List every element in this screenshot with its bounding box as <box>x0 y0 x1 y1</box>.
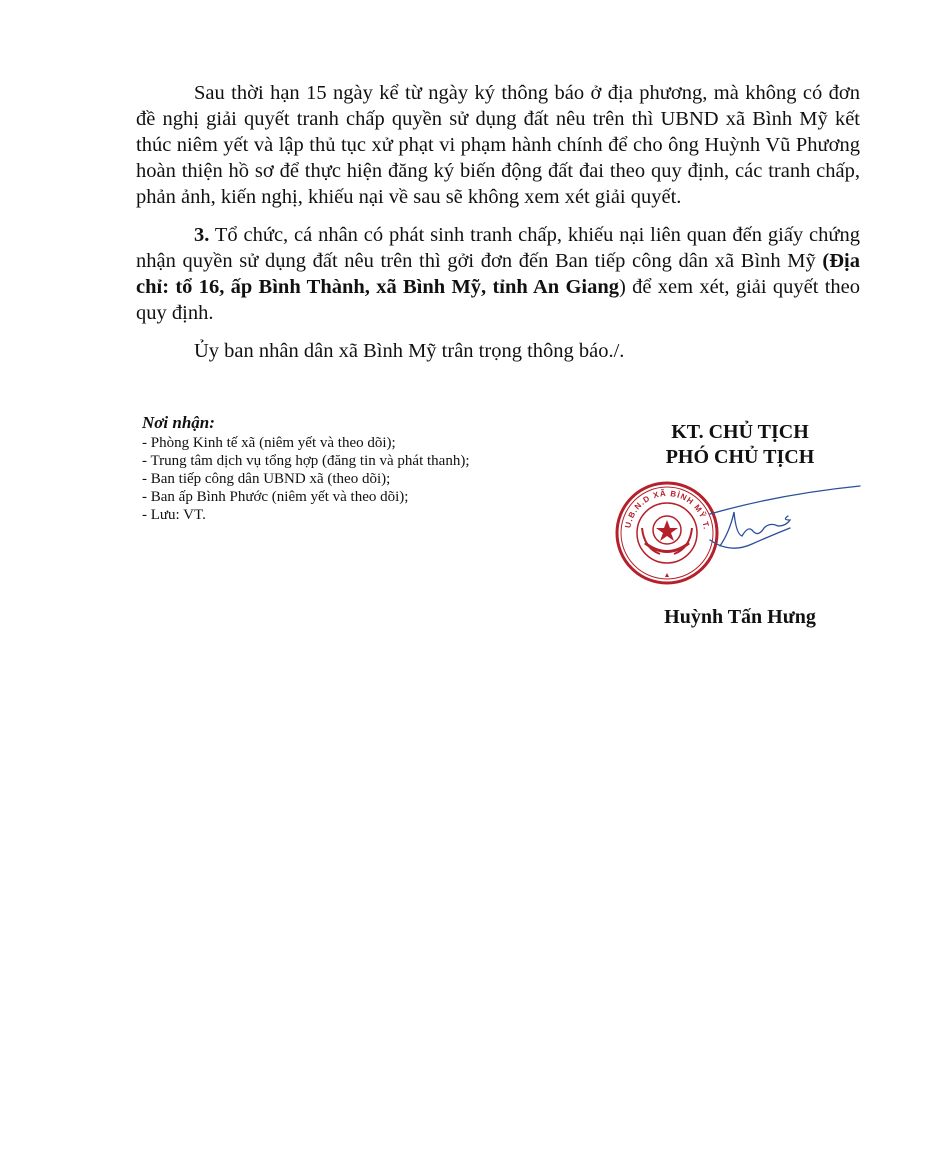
recipient-item: - Ban ấp Bình Phước (niêm yết và theo dõ… <box>142 488 562 506</box>
document-body: Sau thời hạn 15 ngày kể từ ngày ký thông… <box>136 80 860 364</box>
signer-title: PHÓ CHỦ TỊCH <box>620 445 860 470</box>
recipient-item: - Ban tiếp công dân UBND xã (theo dõi); <box>142 470 562 488</box>
paragraph-deadline: Sau thời hạn 15 ngày kể từ ngày ký thông… <box>136 80 860 210</box>
signature-block: KT. CHỦ TỊCH PHÓ CHỦ TỊCH U.B.N.D XÃ BÌN… <box>620 420 860 629</box>
recipient-item: - Phòng Kinh tế xã (niêm yết và theo dõi… <box>142 434 562 452</box>
closing-line: Ủy ban nhân dân xã Bình Mỹ trân trọng th… <box>136 338 860 364</box>
paragraph-complaints: 3. Tổ chức, cá nhân có phát sinh tranh c… <box>136 222 860 326</box>
signer-name: Huỳnh Tấn Hưng <box>620 606 860 629</box>
signer-authority: KT. CHỦ TỊCH <box>620 420 860 445</box>
recipient-item: - Lưu: VT. <box>142 506 562 524</box>
signature-area: U.B.N.D XÃ BÌNH MỸ T. AN GIANG <box>620 476 860 594</box>
handwritten-signature-icon <box>690 476 870 566</box>
recipients-title: Nơi nhận: <box>142 414 562 432</box>
recipient-item: - Trung tâm dịch vụ tổng hợp (đăng tin v… <box>142 452 562 470</box>
item-number: 3. <box>194 224 209 246</box>
recipients-block: Nơi nhận: - Phòng Kinh tế xã (niêm yết v… <box>142 414 562 524</box>
